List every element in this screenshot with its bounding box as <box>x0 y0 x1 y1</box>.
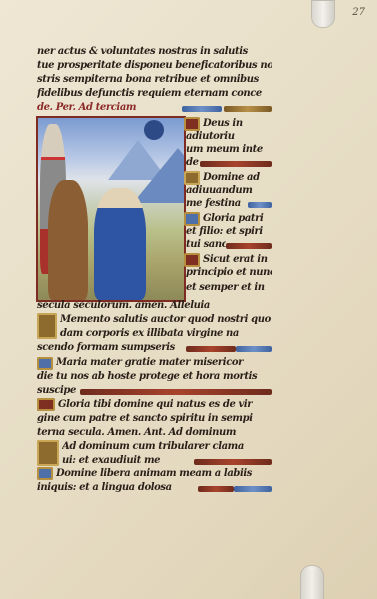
top-page-clip <box>311 0 335 28</box>
text-line: Ad dominum cum tribularer clama <box>62 441 272 453</box>
initial-m <box>37 357 53 370</box>
text-line: et filio: et spiri <box>186 226 272 238</box>
text-line: scendo formam sumpseris <box>37 342 187 354</box>
bottom-page-clip <box>300 565 324 599</box>
shepherd-kneeling <box>94 188 146 300</box>
text-line: Deus in <box>203 118 273 130</box>
initial-s <box>184 253 200 267</box>
initial-a <box>37 440 59 466</box>
text-line: adiuuandum <box>186 185 272 197</box>
angel-figure <box>144 120 164 140</box>
folio-number: 27 <box>352 7 365 18</box>
text-line: fidelibus defunctis requiem eternam conc… <box>37 88 272 100</box>
text-line: ner actus & voluntates nostras in saluti… <box>37 46 272 58</box>
initial-m <box>37 313 57 339</box>
text-line: ui: et exaudiuit me <box>62 455 192 467</box>
shepherd-hooded <box>48 180 88 300</box>
text-line: Domine ad <box>203 172 273 184</box>
text-line: tui sancto <box>186 239 226 251</box>
text-line: secula seculorum. amen. Alleluia <box>37 300 272 312</box>
initial-d <box>184 117 200 131</box>
line-filler <box>234 486 272 492</box>
rubric-line: de. Per. Ad terciam <box>37 102 177 114</box>
line-filler <box>224 106 272 112</box>
line-filler <box>182 106 222 112</box>
mountain <box>133 148 186 203</box>
line-filler <box>186 346 236 352</box>
text-line: um meum inte <box>186 144 272 156</box>
text-line: terna secula. Amen. Ant. Ad dominum <box>37 427 272 439</box>
initial-g <box>184 212 200 226</box>
initial-d <box>37 467 53 480</box>
miniature-painting <box>36 116 186 302</box>
text-line: stris sempiterna bona retribue et omnibu… <box>37 74 272 86</box>
text-line: dam corporis ex illibata virgine na <box>60 328 272 340</box>
text-line: gine cum patre et sancto spiritu in semp… <box>37 413 272 425</box>
line-filler <box>236 346 272 352</box>
line-filler <box>226 243 272 249</box>
text-line: Gloria patri <box>203 213 273 225</box>
text-line: Memento salutis auctor quod nostri quo <box>60 314 272 326</box>
text-line: et semper et in <box>186 282 272 294</box>
initial-g <box>37 398 55 411</box>
text-line: Gloria tibi domine qui natus es de vir <box>58 399 272 411</box>
manuscript-page: 27 ner actus & voluntates nostras in sal… <box>0 0 377 599</box>
text-line: suscipe <box>37 385 77 397</box>
text-line: me festina <box>186 198 246 210</box>
initial-d <box>184 171 200 185</box>
text-line: Domine libera animam meam a labiis <box>56 468 272 480</box>
line-filler <box>248 202 272 208</box>
text-line: principio et nunc <box>186 267 272 279</box>
text-line: iniquis: et a lingua dolosa <box>37 482 197 494</box>
line-filler <box>194 459 272 465</box>
line-filler <box>80 389 272 395</box>
text-line: adiutoriu <box>186 131 272 143</box>
text-line: tue prosperitate disponeu beneficatoribu… <box>37 60 272 72</box>
text-line: Maria mater gratie mater misericor <box>56 357 272 369</box>
line-filler <box>198 486 234 492</box>
text-line: die tu nos ab hoste protege et hora mort… <box>37 371 272 383</box>
text-line: Sicut erat in <box>203 254 273 266</box>
line-filler <box>200 161 272 167</box>
